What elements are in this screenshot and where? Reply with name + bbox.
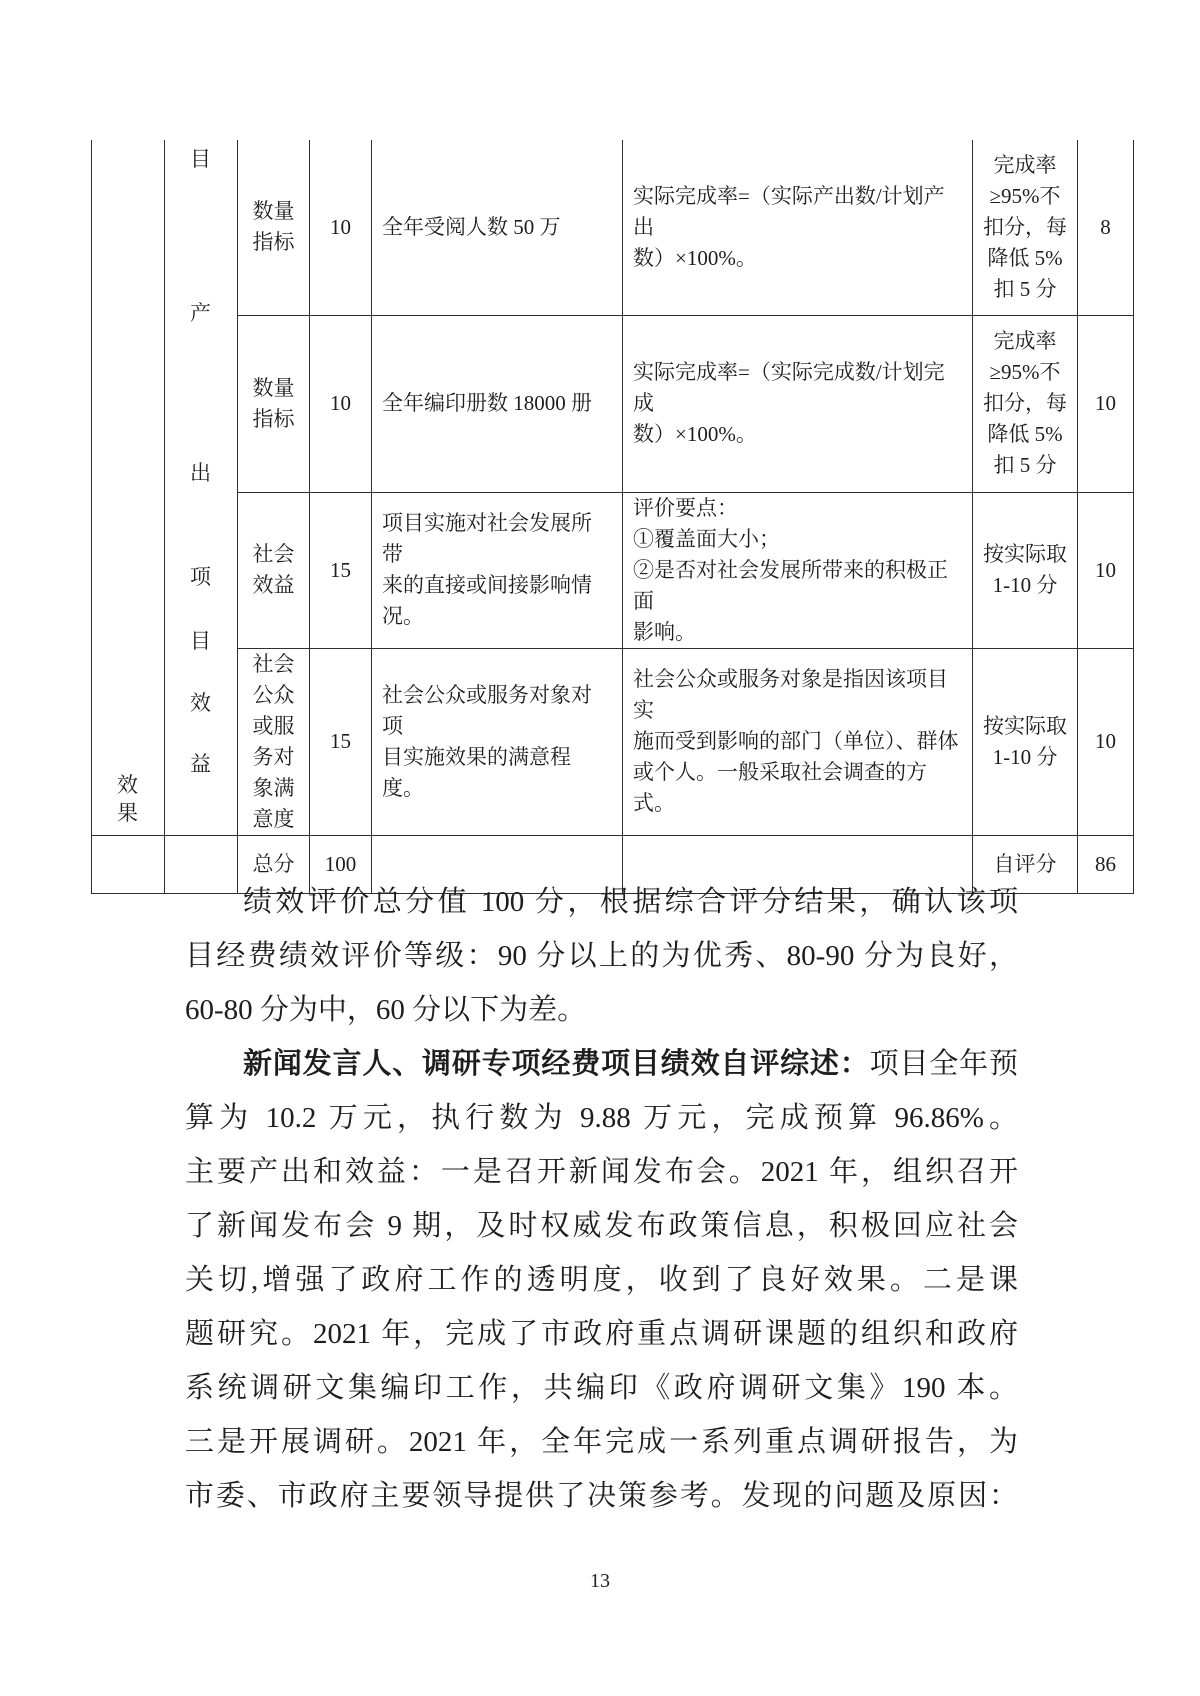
- col2-vertical-char: 出: [164, 462, 237, 485]
- cell-scoring-standard-1: 完成率 ≥95%不 扣分，每 降低 5% 扣 5 分: [973, 140, 1078, 315]
- cell-score-3: 10: [1078, 492, 1134, 648]
- cell-indicator-content-2: 全年编印册数 18000 册: [372, 315, 623, 492]
- col2-vertical-char: 效: [164, 692, 237, 715]
- cell-evaluation-method-1: 实际完成率=（实际产出数/计划产出 数）×100%。: [623, 140, 973, 315]
- cell-score-1: 8: [1078, 140, 1134, 315]
- cell-scoring-standard-4: 按实际取 1-10 分: [973, 648, 1078, 835]
- paragraph-line: 60-80 分为中，60 分以下为差。: [185, 983, 1018, 1037]
- paragraph-line-heading: 新闻发言人、调研专项经费项目绩效自评综述：项目全年预: [185, 1037, 1018, 1091]
- cell-evaluation-method-3: 评价要点： ①覆盖面大小； ②是否对社会发展所带来的积极正面 影响。: [623, 492, 973, 648]
- cell-indicator-type-3: 社会 效益: [238, 492, 310, 648]
- cell-evaluation-method-2: 实际完成率=（实际完成数/计划完成 数）×100%。: [623, 315, 973, 492]
- self-evaluation-summary-heading: 新闻发言人、调研专项经费项目绩效自评综述：: [243, 1048, 870, 1080]
- col2-vertical-char: 目: [164, 630, 237, 653]
- paragraph-line: 主要产出和效益：一是召开新闻发布会。2021 年，组织召开: [185, 1145, 1018, 1199]
- cell-indicator-content-4: 社会公众或服务对象对项 目实施效果的满意程度。: [372, 648, 623, 835]
- evaluation-table: 数量 指标 10 全年受阅人数 50 万 实际完成率=（实际产出数/计划产出 数…: [91, 140, 1134, 894]
- paragraph-line: 目经费绩效评价等级：90 分以上的为优秀、80-90 分为良好，: [185, 929, 1018, 983]
- cell-output-benefit-group: [165, 140, 238, 835]
- cell-evaluation-method-4: 社会公众或服务对象是指因该项目实 施而受到影响的部门（单位）、群体 或个人。一般…: [623, 648, 973, 835]
- paragraph-line: 算为 10.2 万元，执行数为 9.88 万元，完成预算 96.86%。: [185, 1091, 1018, 1145]
- cell-weight-2: 10: [310, 315, 372, 492]
- cell-indicator-type-2: 数量 指标: [238, 315, 310, 492]
- cell-total-empty-1: [92, 835, 165, 893]
- paragraph-line: 市委、市政府主要领导提供了决策参考。发现的问题及原因：: [185, 1469, 1018, 1523]
- row-group-label-effect: 效 果: [91, 771, 164, 827]
- col2-vertical-char: 产: [164, 302, 237, 325]
- cell-indicator-type-1: 数量 指标: [238, 140, 310, 315]
- cell-score-2: 10: [1078, 315, 1134, 492]
- document-page: 数量 指标 10 全年受阅人数 50 万 实际完成率=（实际产出数/计划产出 数…: [0, 0, 1200, 1696]
- cell-score-4: 10: [1078, 648, 1134, 835]
- cell-scoring-standard-2: 完成率 ≥95%不 扣分，每 降低 5% 扣 5 分: [973, 315, 1078, 492]
- paragraph-line: 绩效评价总分值 100 分，根据综合评分结果，确认该项: [185, 875, 1018, 929]
- col2-vertical-char: 项: [164, 566, 237, 589]
- cell-effect-group: [92, 140, 165, 835]
- cell-self-score-value: 86: [1078, 835, 1134, 893]
- cell-weight-4: 15: [310, 648, 372, 835]
- cell-indicator-content-1: 全年受阅人数 50 万: [372, 140, 623, 315]
- performance-evaluation-table: 数量 指标 10 全年受阅人数 50 万 实际完成率=（实际产出数/计划产出 数…: [91, 140, 1133, 868]
- paragraph-line: 关切,增强了政府工作的透明度，收到了良好效果。二是课: [185, 1253, 1018, 1307]
- paragraph-text: 项目全年预: [870, 1048, 1018, 1080]
- cell-indicator-content-3: 项目实施对社会发展所带 来的直接或间接影响情 况。: [372, 492, 623, 648]
- paragraph-line: 了新闻发布会 9 期，及时权威发布政策信息，积极回应社会: [185, 1199, 1018, 1253]
- paragraph-line: 题研究。2021 年，完成了市政府重点调研课题的组织和政府: [185, 1307, 1018, 1361]
- col2-vertical-char: 益: [164, 753, 237, 776]
- cell-scoring-standard-3: 按实际取 1-10 分: [973, 492, 1078, 648]
- body-text: 绩效评价总分值 100 分，根据综合评分结果，确认该项 目经费绩效评价等级：90…: [185, 875, 1018, 1523]
- cell-weight-3: 15: [310, 492, 372, 648]
- paragraph-line: 系统调研文集编印工作，共编印《政府调研文集》190 本。: [185, 1361, 1018, 1415]
- col2-vertical-char: 目: [164, 148, 237, 171]
- cell-indicator-type-4: 社会 公众 或服 务对 象满 意度: [238, 648, 310, 835]
- page-number: 13: [0, 1570, 1200, 1593]
- paragraph-line: 三是开展调研。2021 年，全年完成一系列重点调研报告，为: [185, 1415, 1018, 1469]
- cell-weight-1: 10: [310, 140, 372, 315]
